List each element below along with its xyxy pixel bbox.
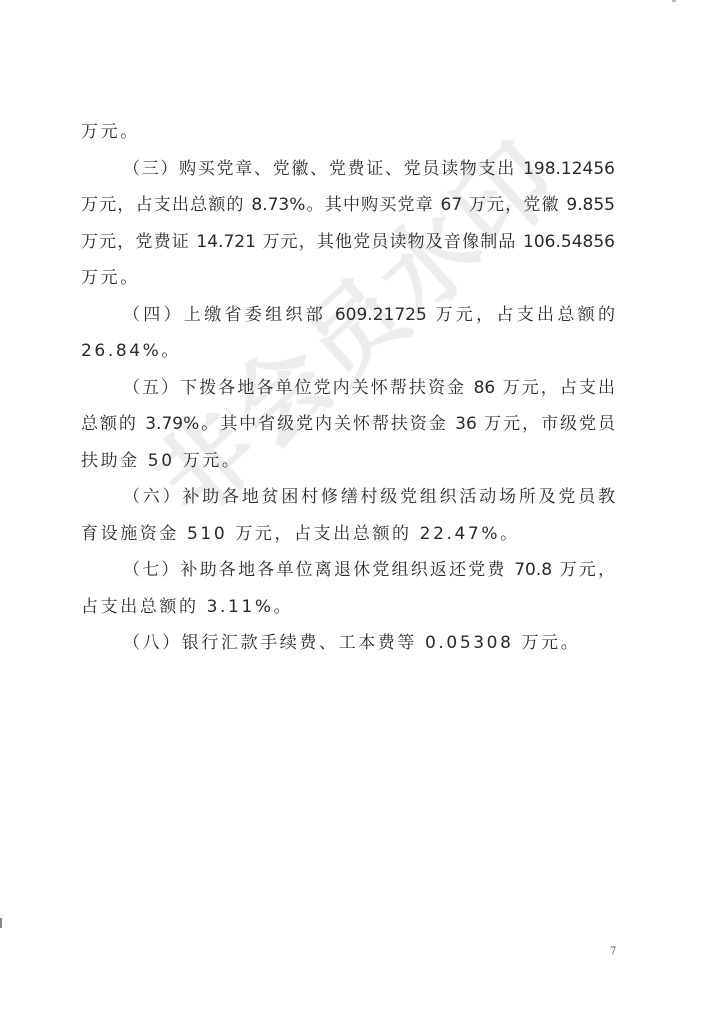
page-number: 7 xyxy=(610,946,616,957)
document-page: 非会员水印 万元。 （三）购买党章、党徽、党费证、党员读物支出 198.1245… xyxy=(0,0,720,1020)
scan-mark xyxy=(672,0,676,2)
text-line: （六）补助各地贫困村修缮村级党组织活动场所及党员教 xyxy=(81,483,615,512)
text-line: 占支出总额的 3.11%。 xyxy=(81,593,615,622)
text-line: （三）购买党章、党徽、党费证、党员读物支出 198.12456 xyxy=(81,155,615,184)
text-line: 26.84%。 xyxy=(81,337,615,366)
text-line: （四）上缴省委组织部 609.21725 万元，占支出总额的 xyxy=(81,301,615,330)
text-line: （七）补助各地各单位离退休党组织返还党费 70.8 万元， xyxy=(81,556,615,585)
text-line: 万元。 xyxy=(81,118,615,147)
text-line: 扶助金 50 万元。 xyxy=(81,447,615,476)
scan-mark xyxy=(0,918,2,928)
text-line: 总额的 3.79%。其中省级党内关怀帮扶资金 36 万元，市级党员 xyxy=(81,410,615,439)
text-line: 万元。 xyxy=(81,264,615,293)
text-line: （八）银行汇款手续费、工本费等 0.05308 万元。 xyxy=(81,629,615,658)
document-body: 万元。 （三）购买党章、党徽、党费证、党员读物支出 198.12456 万元，占… xyxy=(81,118,615,666)
text-line: 育设施资金 510 万元，占支出总额的 22.47%。 xyxy=(81,520,615,549)
text-line: 万元，党费证 14.721 万元，其他党员读物及音像制品 106.54856 xyxy=(81,228,615,257)
text-line: 万元，占支出总额的 8.73%。其中购买党章 67 万元，党徽 9.855 xyxy=(81,191,615,220)
text-line: （五）下拨各地各单位党内关怀帮扶资金 86 万元，占支出 xyxy=(81,374,615,403)
